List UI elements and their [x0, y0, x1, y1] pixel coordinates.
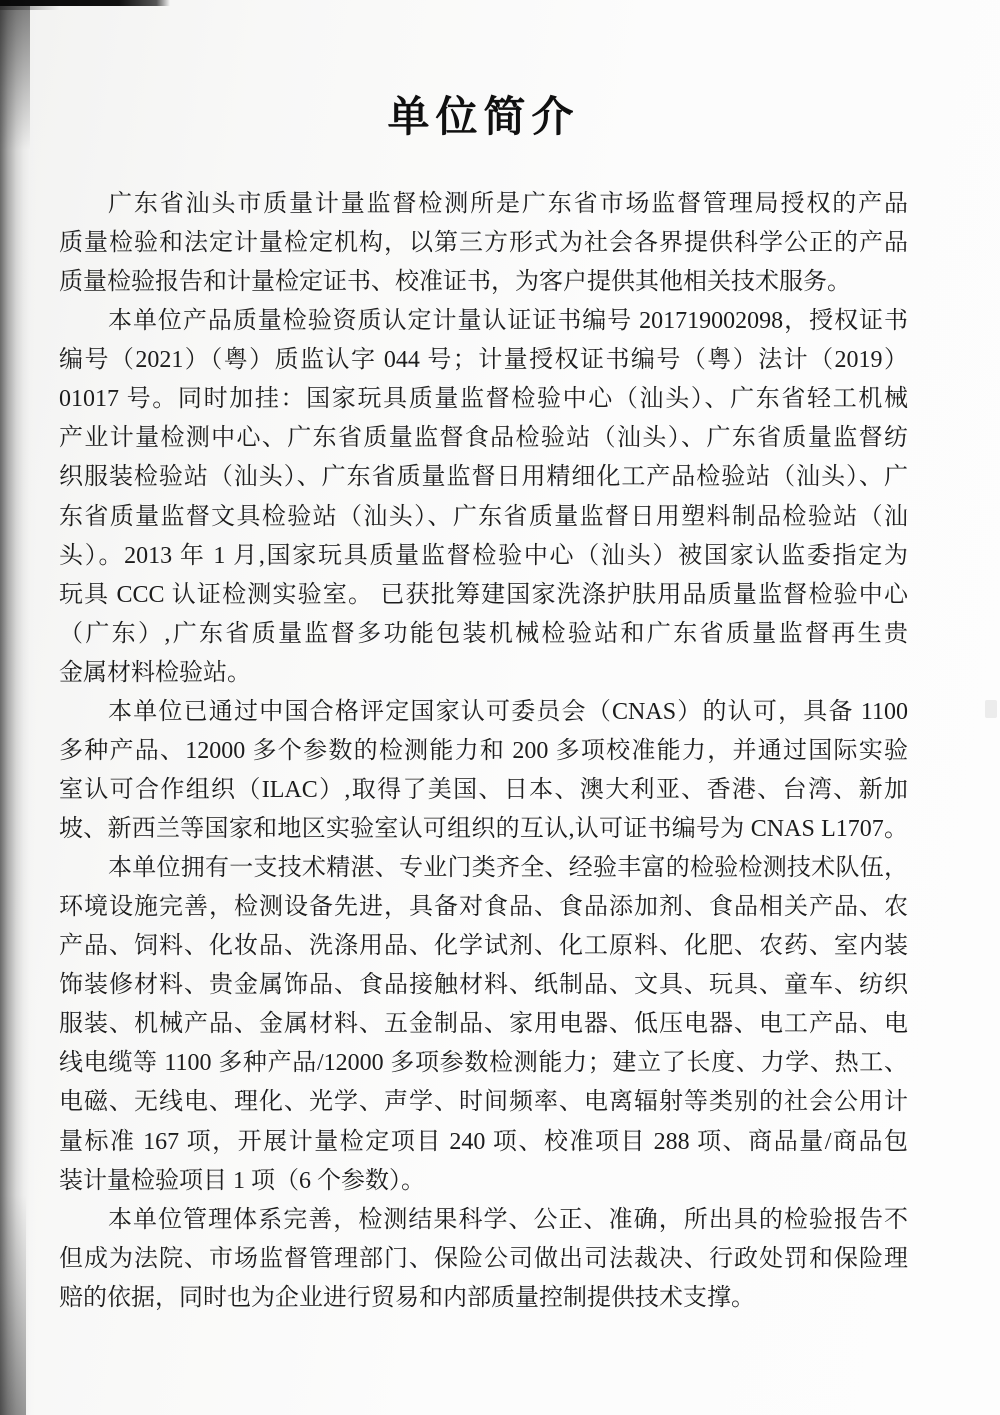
text-line: 东省质量监督文具检验站（汕头）、广东省质量监督日用塑料制品检验站（汕: [59, 498, 908, 537]
text-line: 产品、饲料、化妆品、洗涤用品、化学试剂、化工原料、化肥、农药、室内装: [59, 927, 908, 966]
text-line: 饰装修材料、贵金属饰品、食品接触材料、纸制品、文具、玩具、童车、纺织: [59, 966, 908, 1005]
text-line: 玩具 CCC 认证检测实验室。 已获批筹建国家洗涤护肤用品质量监督检验中心: [59, 576, 908, 615]
document-title: 单位简介: [59, 94, 908, 140]
text-line: 头）。2013 年 1 月,国家玩具质量监督检验中心（汕头）被国家认监委指定为: [59, 537, 908, 576]
text-line: 装计量检验项目 1 项（6 个参数）。: [59, 1162, 908, 1201]
text-line: 赔的依据，同时也为企业进行贸易和内部质量控制提供技术支撑。: [59, 1279, 908, 1318]
binding-shadow-top: [0, 0, 30, 150]
text-line: 室认可合作组织（ILAC）,取得了美国、日本、澳大利亚、香港、台湾、新加: [59, 771, 908, 810]
text-line: 线电缆等 1100 多种产品/12000 多项参数检测能力；建立了长度、力学、热…: [59, 1044, 908, 1083]
binding-shadow-bottom: [0, 1195, 26, 1415]
text-line: 质量检验报告和计量检定证书、校准证书，为客户提供其他相关技术服务。: [59, 263, 908, 302]
scan-smudge: [985, 700, 997, 718]
text-line: 服装、机械产品、金属材料、五金制品、家用电器、低压电器、电工产品、电: [59, 1005, 908, 1044]
text-line: 量标准 167 项，开展计量检定项目 240 项、校准项目 288 项、商品量/…: [59, 1123, 908, 1162]
text-line: 多种产品、12000 多个参数的检测能力和 200 多项校准能力，并通过国际实验: [59, 732, 908, 771]
text-line: 但成为法院、市场监督管理部门、保险公司做出司法裁决、行政处罚和保险理: [59, 1240, 908, 1279]
scanned-document-page: 单位简介 广东省汕头市质量计量监督检测所是广东省市场监督管理局授权的产品质量检验…: [0, 0, 1000, 1415]
text-line: 编号（2021）（粤）质监认字 044 号；计量授权证书编号（粤）法计（2019…: [59, 341, 908, 380]
text-line: 本单位产品质量检验资质认定计量认证证书编号 201719002098，授权证书: [59, 302, 908, 341]
text-line: 质量检验和法定计量检定机构，以第三方形式为社会各界提供科学公正的产品: [59, 224, 908, 263]
scan-edge-strip-secondary: [0, 6, 60, 10]
text-line: 坡、新西兰等国家和地区实验室认可组织的互认,认可证书编号为 CNAS L1707…: [59, 810, 908, 849]
text-line: （广东）,广东省质量监督多功能包装机械检验站和广东省质量监督再生贵: [59, 615, 908, 654]
text-line: 01017 号。同时加挂：国家玩具质量监督检验中心（汕头）、广东省轻工机械: [59, 380, 908, 419]
text-line: 电磁、无线电、理化、光学、声学、时间频率、电离辐射等类别的社会公用计: [59, 1083, 908, 1122]
text-line: 金属材料检验站。: [59, 654, 908, 693]
paragraphs-container: 广东省汕头市质量计量监督检测所是广东省市场监督管理局授权的产品质量检验和法定计量…: [59, 185, 908, 1318]
document-content: 单位简介 广东省汕头市质量计量监督检测所是广东省市场监督管理局授权的产品质量检验…: [59, 0, 908, 1415]
text-line: 本单位管理体系完善，检测结果科学、公正、准确，所出具的检验报告不: [59, 1201, 908, 1240]
text-line: 广东省汕头市质量计量监督检测所是广东省市场监督管理局授权的产品: [59, 185, 908, 224]
text-line: 本单位拥有一支技术精湛、专业门类齐全、经验丰富的检验检测技术队伍，: [59, 849, 908, 888]
text-line: 织服装检验站（汕头）、广东省质量监督日用精细化工产品检验站（汕头）、广: [59, 458, 908, 497]
text-line: 环境设施完善，检测设备先进，具备对食品、食品添加剂、食品相关产品、农: [59, 888, 908, 927]
text-line: 产业计量检测中心、广东省质量监督食品检验站（汕头）、广东省质量监督纺: [59, 419, 908, 458]
text-line: 本单位已通过中国合格评定国家认可委员会（CNAS）的认可，具备 1100: [59, 693, 908, 732]
